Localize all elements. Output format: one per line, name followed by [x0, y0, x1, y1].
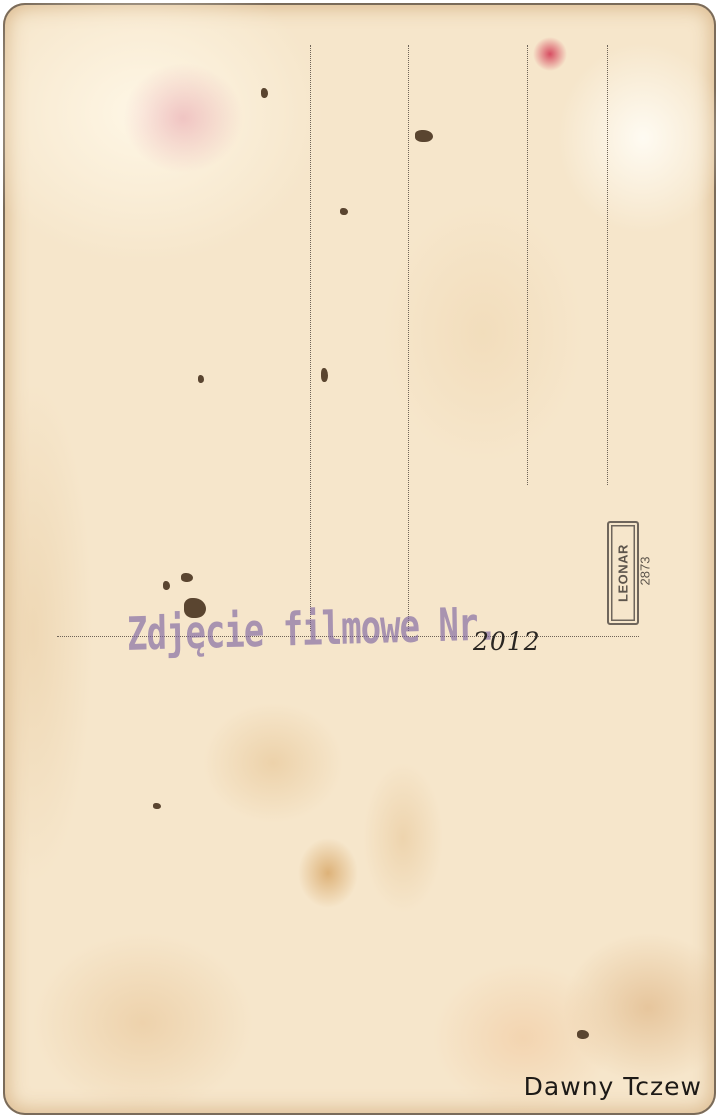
handwritten-number: 2012 — [473, 627, 541, 656]
publisher-logo-box: LEONAR — [607, 521, 639, 625]
water-stain — [33, 933, 253, 1113]
postcard-back: Zdjęcie filmowe Nr. 2012 LEONAR 2873 Daw… — [3, 3, 716, 1115]
dirt-speck — [321, 368, 328, 382]
film-photo-stamp: Zdjęcie filmowe Nr. — [127, 598, 498, 662]
divider-line — [310, 45, 311, 631]
dirt-speck — [181, 573, 193, 582]
dirt-speck — [261, 88, 268, 98]
dirt-speck — [340, 208, 348, 215]
red-ink-spot — [533, 37, 567, 71]
water-stain — [203, 703, 343, 823]
aging-stain — [3, 3, 323, 263]
water-stain — [298, 838, 358, 908]
divider-line — [408, 45, 409, 631]
dirt-speck — [153, 803, 161, 809]
publisher-mark: LEONAR — [616, 544, 631, 602]
dirt-speck — [163, 581, 170, 590]
aging-stain — [3, 383, 93, 883]
serial-number: 2873 — [638, 557, 653, 586]
dirt-speck — [577, 1030, 589, 1039]
water-stain — [563, 933, 716, 1083]
stamp-box-line — [607, 45, 608, 485]
dirt-speck — [198, 375, 204, 383]
aging-stain — [383, 203, 583, 463]
watermark: Dawny Tczew — [524, 1072, 702, 1101]
dirt-speck — [415, 130, 433, 142]
worn-patch — [558, 43, 716, 233]
pink-stain — [123, 63, 243, 173]
stamp-box-line — [527, 45, 528, 485]
water-stain — [363, 763, 443, 913]
